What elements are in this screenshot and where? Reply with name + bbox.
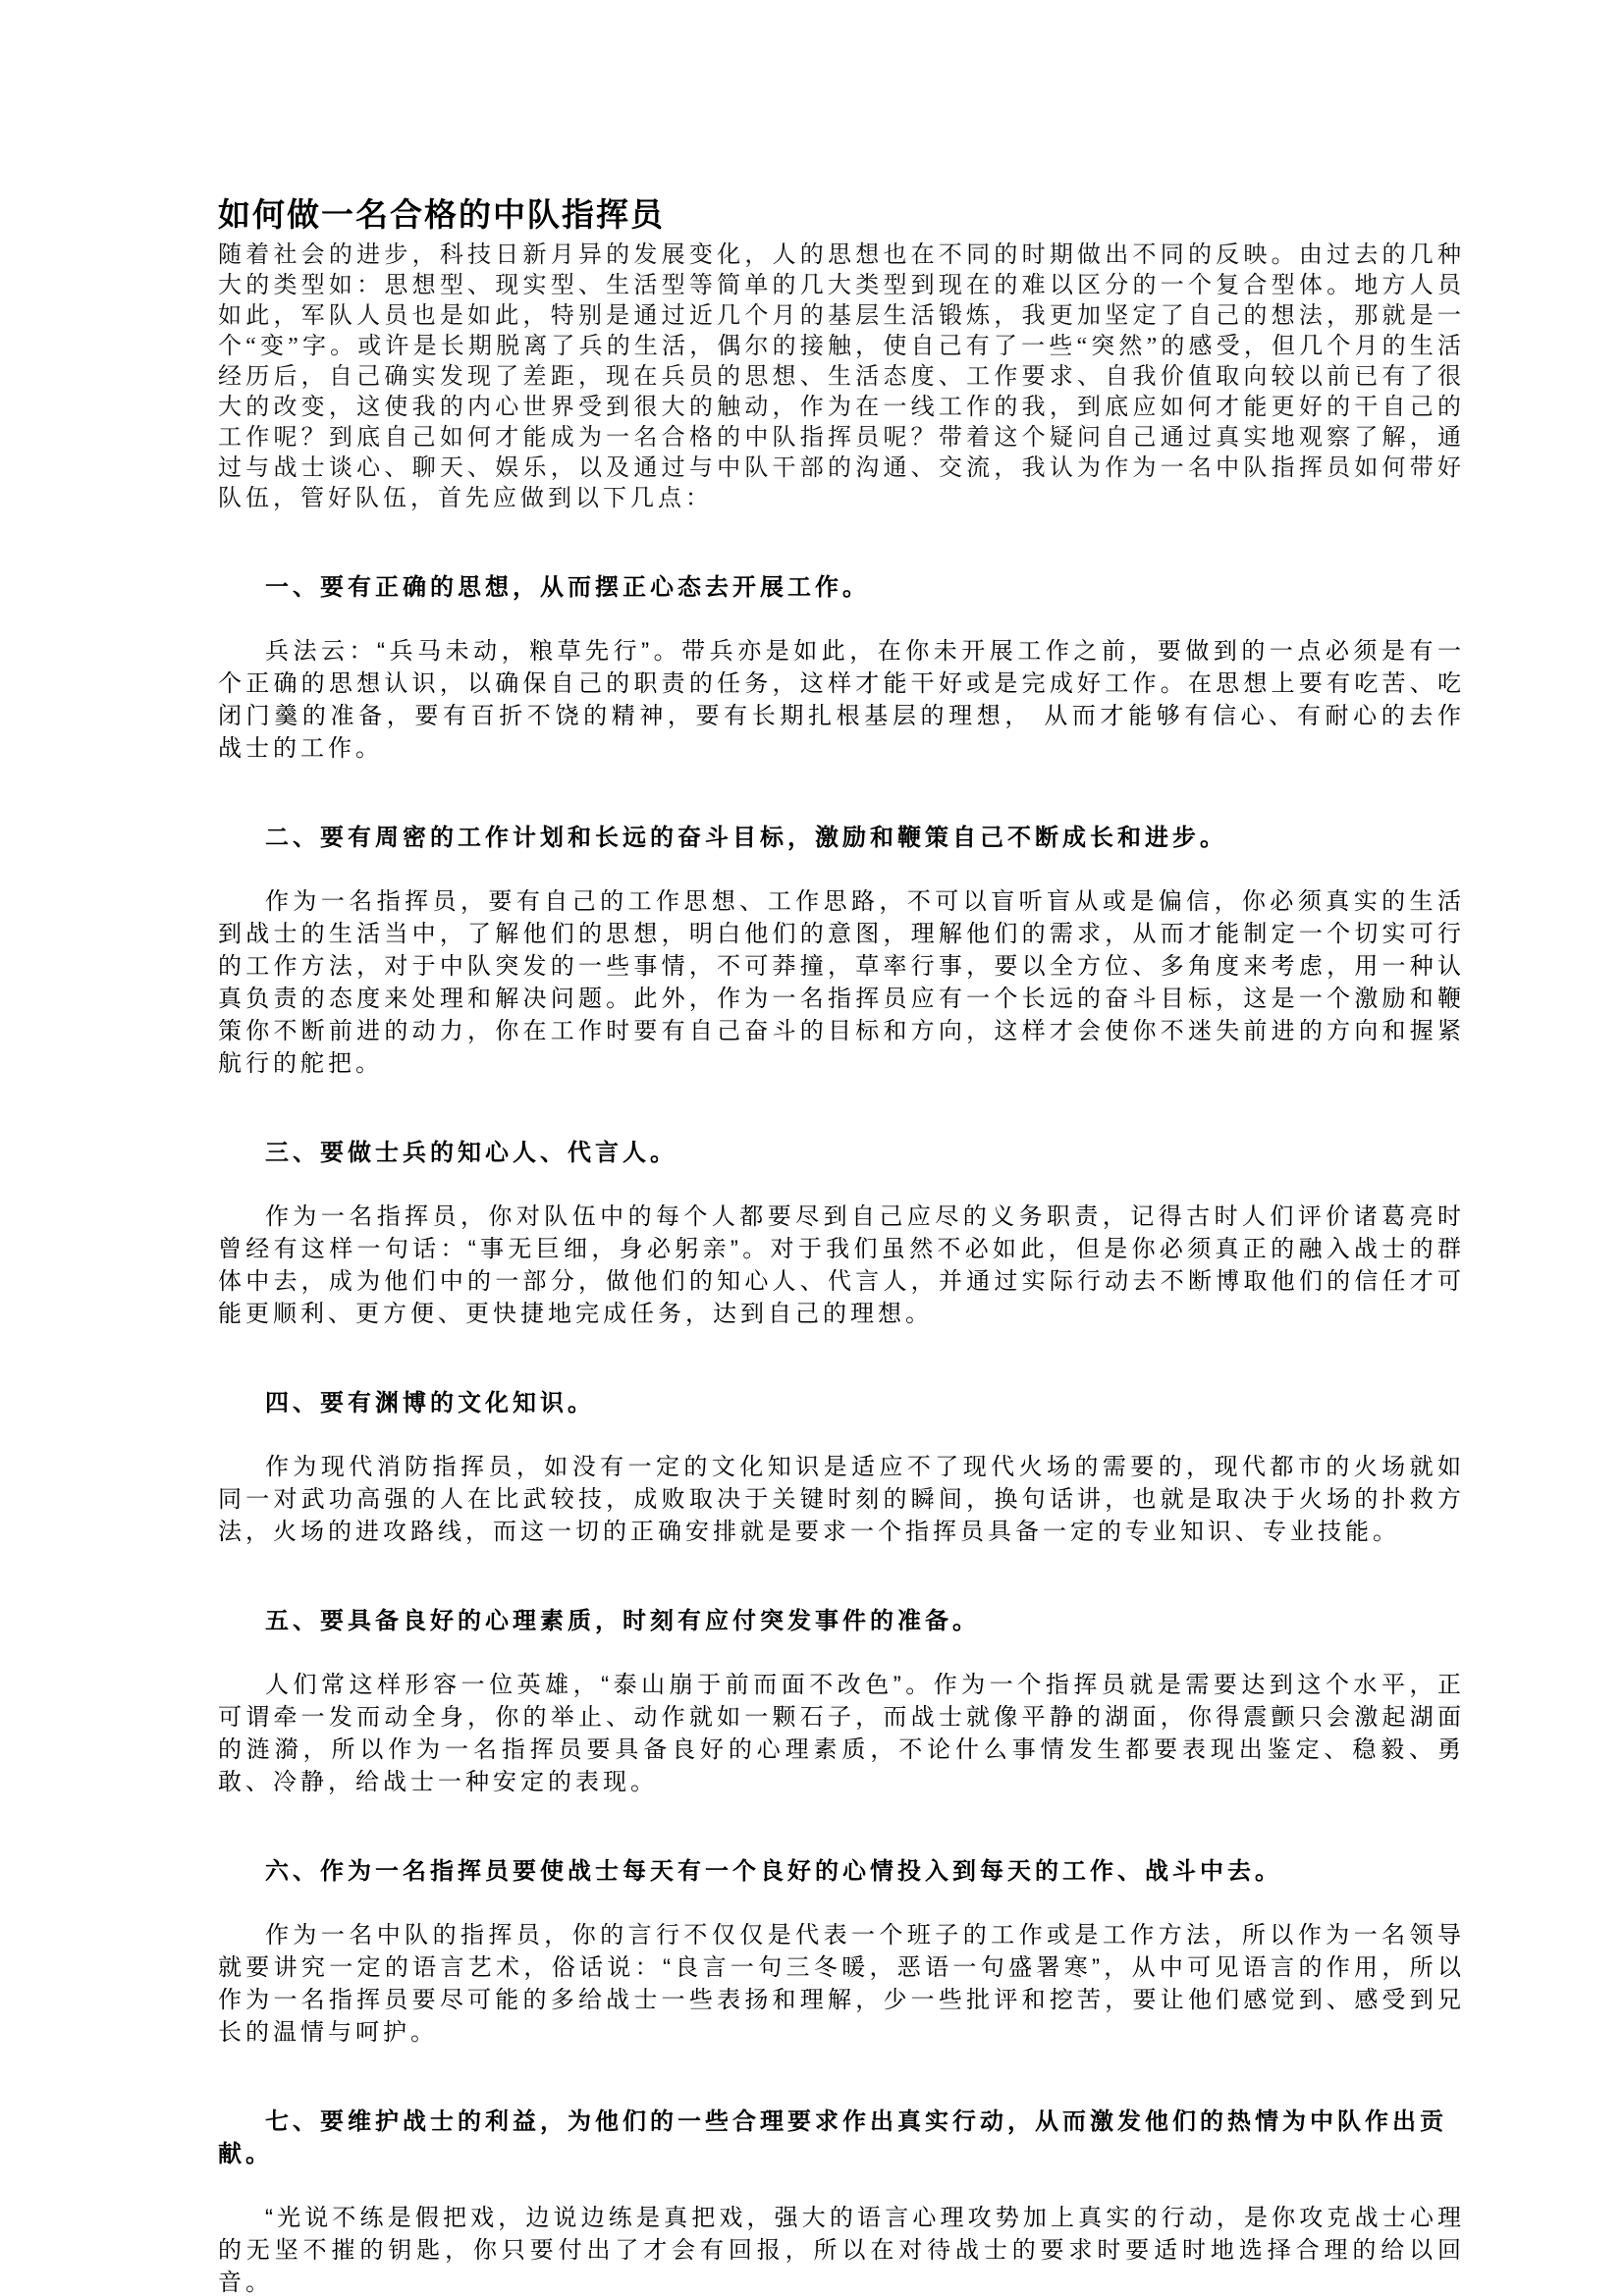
section-heading: 四、要有渊博的文化知识。 [218, 1387, 1465, 1419]
section-1: 一、要有正确的思想，从而摆正心态去开展工作。 兵法云：“兵马未动，粮草先行”。带… [218, 571, 1465, 765]
section-paragraph: “光说不练是假把戏，边说边练是真把戏，强大的语言心理攻势加上真实的行动，是你攻克… [218, 2202, 1465, 2296]
section-heading: 五、要具备良好的心理素质，时刻有应付突发事件的准备。 [218, 1605, 1465, 1637]
section-2: 二、要有周密的工作计划和长远的奋斗目标，激励和鞭策自己不断成长和进步。 作为一名… [218, 822, 1465, 1080]
section-paragraph: 作为一名中队的指挥员，你的言行不仅仅是代表一个班子的工作或是工作方法，所以作为一… [218, 1919, 1465, 2049]
section-6: 六、作为一名指挥员要使战士每天有一个良好的心情投入到每天的工作、战斗中去。 作为… [218, 1855, 1465, 2049]
section-paragraph: 人们常这样形容一位英雄，“泰山崩于前而面不改色”。作为一个指挥员就是需要达到这个… [218, 1669, 1465, 1798]
section-heading: 一、要有正确的思想，从而摆正心态去开展工作。 [218, 571, 1465, 604]
section-7: 七、要维护战士的利益，为他们的一些合理要求作出真实行动，从而激发他们的热情为中队… [218, 2106, 1465, 2296]
section-heading: 二、要有周密的工作计划和长远的奋斗目标，激励和鞭策自己不断成长和进步。 [218, 822, 1465, 854]
section-5: 五、要具备良好的心理素质，时刻有应付突发事件的准备。 人们常这样形容一位英雄，“… [218, 1605, 1465, 1798]
intro-paragraph: 随着社会的进步，科技日新月异的发展变化，人的思想也在不同的时期做出不同的反映。由… [218, 240, 1465, 514]
section-heading: 六、作为一名指挥员要使战士每天有一个良好的心情投入到每天的工作、战斗中去。 [218, 1855, 1465, 1888]
section-paragraph: 作为现代消防指挥员，如没有一定的文化知识是适应不了现代火场的需要的，现代都市的火… [218, 1451, 1465, 1548]
section-4: 四、要有渊博的文化知识。 作为现代消防指挥员，如没有一定的文化知识是适应不了现代… [218, 1387, 1465, 1548]
section-paragraph: 作为一名指挥员，要有自己的工作思想、工作思路，不可以盲听盲从或是偏信，你必须真实… [218, 885, 1465, 1080]
page-title: 如何做一名合格的中队指挥员 [218, 196, 1465, 233]
section-paragraph: 兵法云：“兵马未动，粮草先行”。带兵亦是如此，在你未开展工作之前，要做到的一点必… [218, 635, 1465, 765]
document-content: 如何做一名合格的中队指挥员 随着社会的进步，科技日新月异的发展变化，人的思想也在… [218, 196, 1465, 2296]
section-paragraph: 作为一名指挥员，你对队伍中的每个人都要尽到自己应尽的义务职责，记得古时人们评价诸… [218, 1201, 1465, 1330]
section-heading: 三、要做士兵的知心人、代言人。 [218, 1137, 1465, 1169]
document-page: 如何做一名合格的中队指挥员 随着社会的进步，科技日新月异的发展变化，人的思想也在… [0, 0, 1624, 2296]
section-heading: 七、要维护战士的利益，为他们的一些合理要求作出真实行动，从而激发他们的热情为中队… [218, 2106, 1465, 2170]
section-3: 三、要做士兵的知心人、代言人。 作为一名指挥员，你对队伍中的每个人都要尽到自己应… [218, 1137, 1465, 1330]
